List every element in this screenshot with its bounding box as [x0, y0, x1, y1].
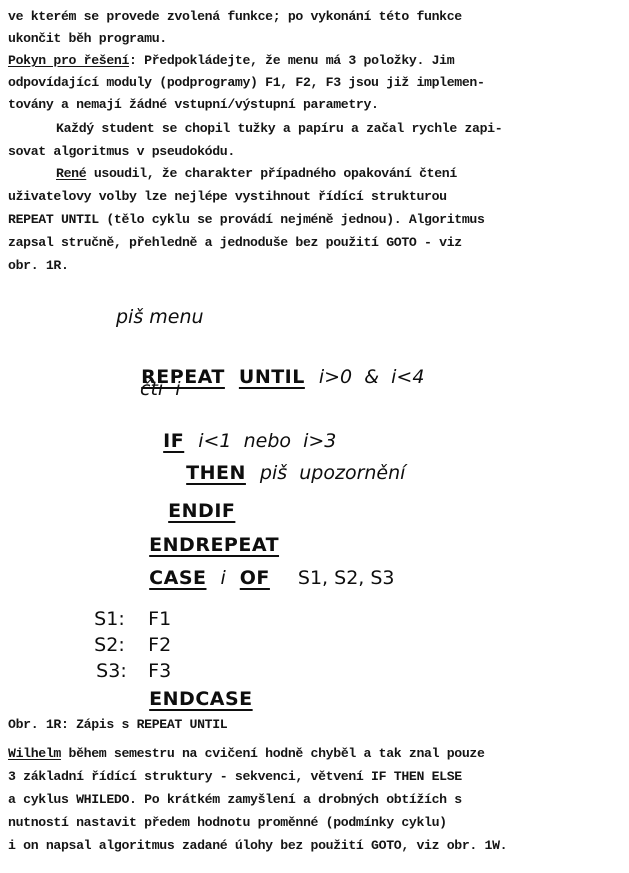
intro-line-2: ukončit běh programu. — [8, 28, 167, 50]
wilhelm-line-4: nutností nastavit předem hodnotu proměnn… — [8, 812, 447, 834]
wilhelm-line-2: 3 základní řídící struktury - sekvenci, … — [8, 766, 462, 788]
keyword-until: UNTIL — [239, 366, 305, 388]
pseudo-line-print-menu: piš menu — [116, 306, 204, 328]
hint-line-3: továny a nemají žádné vstupní/výstupní p… — [8, 94, 379, 116]
intro-line-1: ve kterém se provede zvolená funkce; po … — [8, 6, 462, 28]
rene-line-1-text: usoudil, že charakter případného opaková… — [86, 166, 457, 181]
rene-line-2: uživatelovy volby lze nejlépe vystihnout… — [8, 186, 447, 208]
then-action: piš upozornění — [260, 462, 406, 484]
figure-caption: Obr. 1R: Zápis s REPEAT UNTIL — [8, 714, 227, 736]
wilhelm-line-1-text: během semestru na cvičení hodně chyběl a… — [61, 746, 485, 761]
rene-line-4: zapsal stručně, přehledně a jednoduše be… — [8, 232, 462, 254]
hint-line-2: odpovídající moduly (podprogramy) F1, F2… — [8, 72, 485, 94]
rene-line-5: obr. 1R. — [8, 255, 69, 277]
keyword-endcase: ENDCASE — [149, 688, 252, 710]
repeat-condition: i>0 & i<4 — [319, 366, 425, 388]
wilhelm-line-3: a cyklus WHILEDO. Po krátkém zamyšlení a… — [8, 789, 462, 811]
pseudo-line-repeat: REPEATUNTILi>0 & i<4 — [117, 344, 424, 410]
hint-line-1: Pokyn pro řešení: Předpokládejte, že men… — [8, 50, 454, 72]
wilhelm-line-5: i on napsal algoritmus zadané úlohy bez … — [8, 835, 507, 857]
keyword-of: OF — [240, 567, 270, 589]
students-line-1: Každý student se chopil tužky a papíru a… — [8, 118, 502, 140]
wilhelm-name: Wilhelm — [8, 746, 61, 761]
hint-label: Pokyn pro řešení — [8, 53, 129, 68]
rene-line-3: REPEAT UNTIL (tělo cyklu se provádí nejm… — [8, 209, 485, 231]
rene-name: René — [56, 166, 86, 181]
students-line-2: sovat algoritmus v pseudokódu. — [8, 141, 235, 163]
hint-line-1-text: : Předpokládejte, že menu má 3 položky. … — [129, 53, 454, 68]
case-variable: i — [220, 567, 225, 589]
wilhelm-line-1: Wilhelm během semestru na cvičení hodně … — [8, 743, 485, 765]
case-labels: S1, S2, S3 — [298, 567, 395, 589]
rene-line-1: René usoudil, že charakter případného op… — [8, 163, 457, 185]
pseudo-line-read-i: čti i — [140, 378, 181, 400]
